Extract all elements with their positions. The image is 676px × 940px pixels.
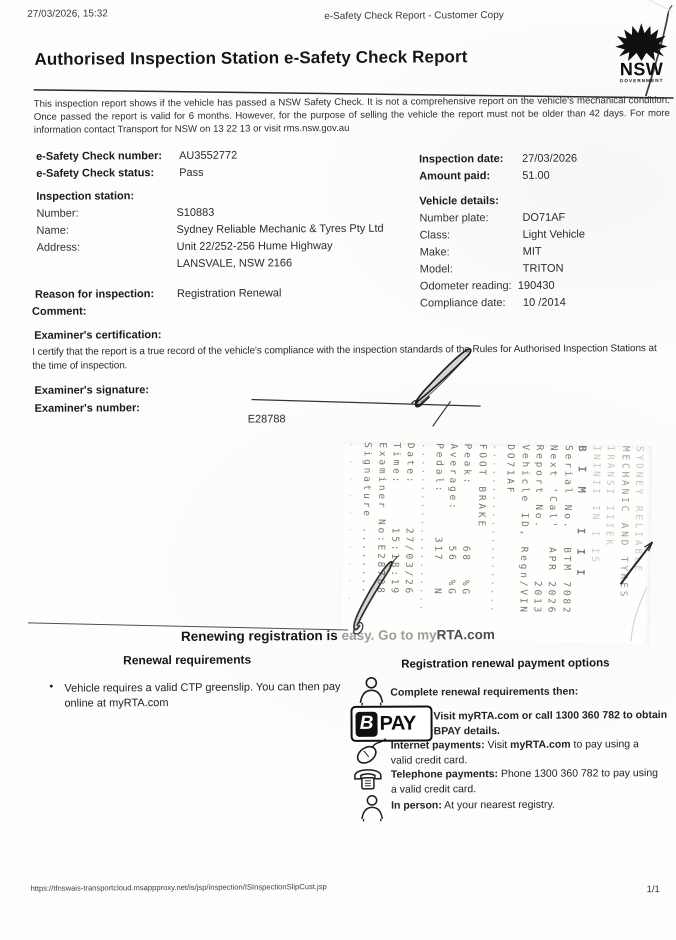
bpay-pay-text: PAY (379, 712, 415, 735)
bpay-instruction-line2: BPAY details. (434, 724, 500, 738)
station-name-label: Name: (36, 225, 68, 237)
signature-label: Examiner's signature: (34, 384, 149, 397)
nsw-logo-text: NSW (615, 60, 669, 78)
odometer-label: Odometer reading: (420, 280, 512, 293)
vehicle-heading: Vehicle details: (419, 195, 499, 207)
bullet-marker: • (49, 681, 53, 693)
station-heading: Inspection station: (36, 190, 134, 203)
pen-stroke-logo-tip (668, 5, 672, 13)
receipt-line: Peak: 68 %G (457, 443, 474, 639)
renewal-requirements-heading: Renewal requirements (123, 653, 251, 668)
compliance-value: 10 /2014 (523, 297, 566, 309)
nsw-government-logo: NSW GOVERNMENT (614, 22, 668, 84)
make-value: MIT (523, 246, 542, 258)
receipt-line: .................... (414, 443, 431, 639)
receipt-line: ININII IN I IS (586, 445, 603, 641)
internet-payments-myrta: myRTA.com (510, 739, 571, 751)
certification-heading: Examiner's certification: (34, 329, 161, 342)
brake-test-receipt: SYDNEY RELIABLE MECHANIC AND TYRES IRANS… (341, 442, 652, 645)
reason-label: Reason for inspection: (35, 288, 154, 301)
station-number-label: Number: (36, 208, 78, 220)
receipt-line: Vehicle ID, Regn/VIN (514, 444, 531, 640)
receipt-line: MECHANIC AND TYRES (614, 446, 631, 642)
renewal-banner-tail: RTA.com (437, 627, 495, 642)
receipt-line: .................... (486, 444, 503, 640)
plate-label: Number plate: (419, 212, 488, 224)
computer-mouse-icon (354, 738, 388, 766)
nsw-logo-caption: GOVERNMENT (615, 79, 669, 84)
check-number-value: AU3552772 (179, 150, 237, 162)
complete-renewal-text: Complete renewal requirements then: (390, 685, 578, 700)
examiner-number-label: Examiner's number: (35, 402, 140, 415)
receipt-line: Time: 15:18:19 (386, 442, 403, 638)
receipt-text-block: SYDNEY RELIABLE MECHANIC AND TYRES IRANS… (338, 442, 649, 643)
telephone-payments-line2: a valid credit card. (391, 782, 476, 797)
in-person-label: In person: (391, 799, 442, 811)
receipt-line: SYDNEY RELIABLE (629, 446, 646, 642)
receipt-line: Average: 56 %G (443, 443, 460, 639)
internet-payments-label: Internet payments: (391, 739, 485, 752)
print-datetime: 27/03/2026, 15:32 (27, 8, 108, 19)
class-label: Class: (420, 229, 451, 241)
receipt-line: Examiner No:E28788 (371, 442, 388, 638)
renewal-banner: Renewing registration is easy. Go to myR… (181, 627, 495, 644)
payment-options-heading: Registration renewal payment options (401, 657, 609, 670)
in-person-text: At your nearest registry. (442, 799, 555, 812)
examiner-number-value: E28788 (248, 413, 286, 425)
telephone-payments-label: Telephone payments: (391, 768, 498, 781)
person-icon (357, 676, 385, 706)
telephone-payments-line1: Telephone payments: Phone 1300 360 782 t… (391, 766, 658, 782)
reason-value: Registration Renewal (177, 287, 282, 300)
waratah-icon (614, 22, 668, 62)
receipt-line: Report No. 2013 (529, 445, 546, 641)
class-value: Light Vehicle (523, 228, 585, 240)
intro-paragraph: This inspection report shows if the vehi… (34, 95, 670, 137)
receipt-line: Signature ........ (357, 442, 374, 638)
station-address-label: Address: (37, 242, 80, 254)
bpay-b-mark: B (355, 711, 377, 736)
person-icon-small (359, 794, 385, 822)
internet-payments-line1: Internet payments: Visit myRTA.com to pa… (391, 737, 639, 753)
comment-label: Comment: (32, 306, 86, 318)
receipt-line: . . . . . . . . . . (343, 442, 360, 638)
bpay-logo: B PAY (350, 705, 432, 742)
certification-text: I certify that the report is a true reco… (32, 342, 664, 373)
plate-value: DO71AF (522, 212, 565, 224)
check-number-label: e-Safety Check number: (36, 150, 162, 163)
report-title: Authorised Inspection Station e-Safety C… (34, 47, 467, 70)
receipt-line: IRANSI IIIEK (600, 446, 617, 642)
station-address-line1: Unit 22/252-256 Hume Highway (177, 240, 333, 253)
model-label: Model: (420, 263, 453, 275)
print-doc-title: e-Safety Check Report - Customer Copy (324, 10, 504, 22)
print-footer-url: https://tfnswais-transportcloud.msapppro… (31, 882, 327, 893)
in-person-line: In person: At your nearest registry. (391, 798, 555, 813)
scanned-report-page: 27/03/2026, 15:32 e-Safety Check Report … (0, 0, 676, 940)
amount-paid-value: 51.00 (522, 170, 550, 182)
amount-paid-label: Amount paid: (419, 170, 490, 182)
internet-payments-line2: valid credit card. (391, 753, 468, 767)
make-label: Make: (420, 246, 450, 258)
telephone-icon (352, 766, 384, 793)
check-status-label: e-Safety Check status: (36, 167, 154, 180)
receipt-line: B I M I I I (572, 445, 589, 641)
station-address-line2: LANSVALE, NSW 2166 (177, 257, 292, 270)
station-number-value: S10883 (176, 207, 214, 219)
renewal-banner-dark: Renewing registration is (181, 628, 342, 644)
compliance-label: Compliance date: (420, 297, 506, 310)
print-footer-page: 1/1 (647, 884, 660, 895)
scan-content: 27/03/2026, 15:32 e-Safety Check Report … (0, 0, 676, 940)
inspection-date-label: Inspection date: (419, 153, 503, 166)
check-status-value: Pass (179, 167, 204, 179)
telephone-payments-text: Phone 1300 360 782 to pay using (498, 767, 658, 780)
internet-payments-tail: to pay using a (571, 738, 639, 750)
renewal-requirement-item: Vehicle requires a valid CTP greenslip. … (64, 680, 356, 711)
model-value: TRITON (523, 263, 564, 275)
station-name-value: Sydney Reliable Mechanic & Tyres Pty Ltd (176, 223, 383, 236)
inspection-date-value: 27/03/2026 (522, 153, 577, 165)
renewal-banner-faded: easy. Go to my (341, 627, 436, 643)
scan-corner-streak (647, 0, 673, 12)
signature-line (252, 398, 481, 407)
receipt-line: Pedal: 317 N (429, 443, 446, 639)
bpay-instruction-line1: Visit myRTA.com or call 1300 360 782 to … (433, 708, 667, 723)
odometer-value: 190430 (518, 280, 555, 292)
internet-payments-text: Visit (485, 739, 511, 751)
